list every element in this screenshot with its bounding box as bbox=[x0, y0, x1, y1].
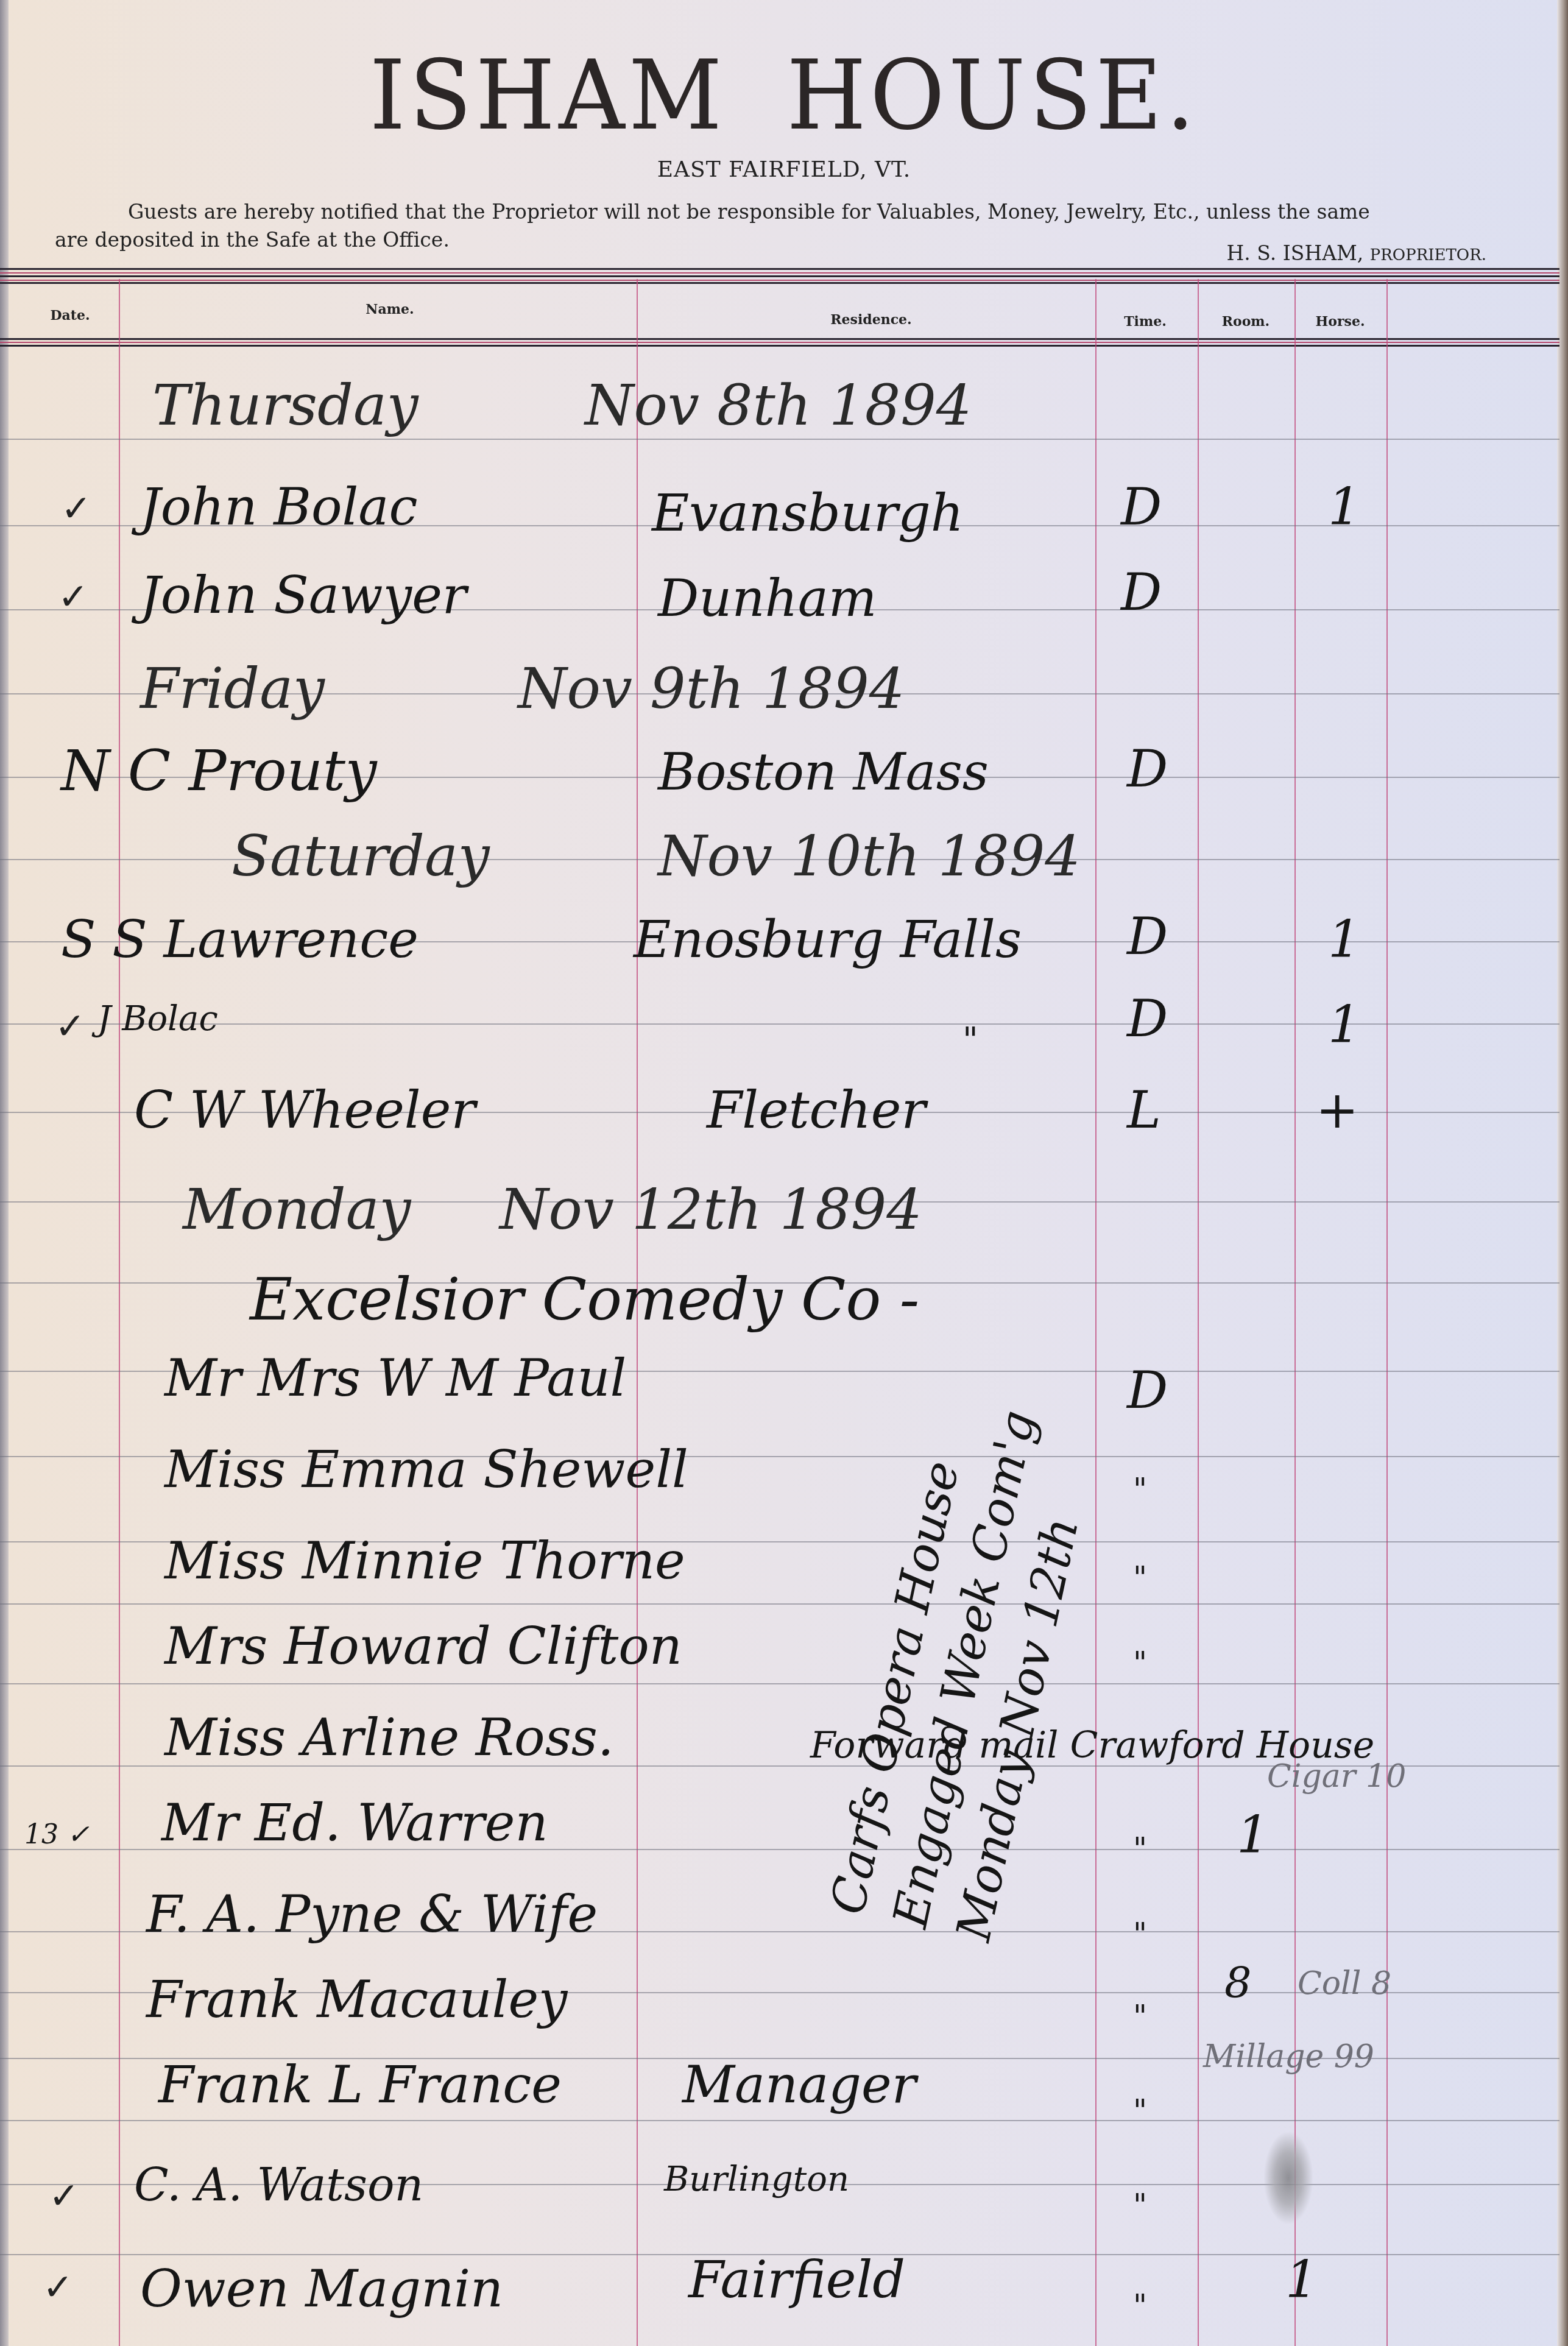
ruled-line bbox=[0, 1023, 1559, 1025]
day-date: Nov 9th 1894 bbox=[518, 661, 905, 717]
ink-stain bbox=[1264, 2132, 1313, 2224]
column-header-horse: Horse. bbox=[1304, 314, 1377, 330]
guest-time: D bbox=[1121, 567, 1162, 618]
guest-name: F. A. Pyne & Wife bbox=[146, 1888, 598, 1940]
day-heading: Friday bbox=[140, 661, 325, 717]
guest-time-ditto: " bbox=[1133, 2096, 1147, 2126]
room-tally-check: 13 ✓ bbox=[24, 1821, 90, 1848]
column-divider-time bbox=[1198, 279, 1199, 2346]
checkmark: ✓ bbox=[49, 2175, 79, 2217]
guest-time-ditto: " bbox=[1133, 2001, 1147, 2032]
guest-residence: Fairfield bbox=[688, 2254, 905, 2305]
vertical-engagement-note: Carfs Opera House Engaged Week Com'g Mon… bbox=[816, 1391, 1114, 1946]
guest-residence: Dunham bbox=[658, 573, 877, 624]
pencil-note-cigar: Cigar 10 bbox=[1267, 1761, 1406, 1792]
guest-time: D bbox=[1121, 481, 1162, 532]
ruled-line bbox=[0, 1683, 1559, 1684]
column-header-time: Time. bbox=[1109, 314, 1182, 330]
day-heading: Thursday bbox=[152, 378, 418, 434]
guest-name: Mr Mrs W M Paul bbox=[164, 1352, 626, 1404]
ruled-line bbox=[0, 439, 1559, 440]
guest-residence: Evansburgh bbox=[652, 487, 964, 539]
guest-time-ditto: " bbox=[1133, 1563, 1147, 1593]
guest-name: Mrs Howard Clifton bbox=[164, 1620, 682, 1672]
guest-name: Miss Minnie Thorne bbox=[164, 1535, 685, 1586]
guest-name: Frank Macauley bbox=[146, 1974, 568, 2025]
guest-note-manager: Manager bbox=[682, 2059, 916, 2110]
header-rule-top bbox=[0, 268, 1559, 284]
guest-residence: Fletcher bbox=[707, 1084, 926, 1136]
guest-residence: Boston Mass bbox=[658, 746, 989, 797]
column-header-residence: Residence. bbox=[792, 312, 950, 328]
guest-time-ditto: " bbox=[1133, 1474, 1147, 1505]
guest-time: D bbox=[1127, 743, 1168, 794]
title-isham: ISHAM bbox=[370, 40, 726, 152]
guest-name: Mr Ed. Warren bbox=[161, 1797, 548, 1848]
hotel-title: ISHAMHOUSE. bbox=[0, 40, 1568, 152]
guest-name: John Bolac bbox=[140, 481, 417, 532]
page-binding-edge bbox=[0, 0, 9, 2346]
guest-name: John Sawyer bbox=[140, 570, 467, 621]
day-date: Nov 8th 1894 bbox=[585, 378, 972, 434]
hotel-location: EAST FAIRFIELD, VT. bbox=[0, 157, 1568, 182]
column-divider-residence bbox=[1095, 279, 1097, 2346]
guest-name: Miss Emma Shewell bbox=[164, 1444, 688, 1495]
guest-time: D bbox=[1127, 1365, 1168, 1416]
guest-room: 1 bbox=[1237, 1809, 1269, 1860]
guest-residence: Burlington bbox=[664, 2163, 849, 2197]
title-house: HOUSE. bbox=[786, 40, 1198, 152]
day-heading: Monday bbox=[183, 1182, 411, 1238]
day-date: Nov 10th 1894 bbox=[658, 829, 1081, 885]
page-right-edge bbox=[1557, 0, 1568, 2346]
proprietor-name: H. S. ISHAM, bbox=[1227, 241, 1364, 265]
guest-time-ditto: " bbox=[1133, 1648, 1147, 1678]
guest-residence: Enosburg Falls bbox=[634, 914, 1022, 965]
guest-name: J Bolac bbox=[97, 1002, 218, 1036]
guest-time: D bbox=[1127, 911, 1168, 962]
guest-horse: 1 bbox=[1328, 999, 1360, 1050]
proprietor-title: PROPRIETOR. bbox=[1370, 246, 1486, 264]
day-heading: Saturday bbox=[231, 829, 490, 885]
day-date: Nov 12th 1894 bbox=[500, 1182, 922, 1238]
guest-time: L bbox=[1127, 1084, 1161, 1136]
pencil-note-coll: Coll 8 bbox=[1298, 1968, 1391, 1999]
guest-name: Frank L France bbox=[158, 2059, 562, 2110]
liability-notice: Guests are hereby notified that the Prop… bbox=[55, 198, 1505, 254]
guest-horse: 1 bbox=[1328, 914, 1360, 965]
column-divider-date bbox=[119, 279, 120, 2346]
guest-name: Miss Arline Ross. bbox=[164, 1712, 614, 1763]
notice-line-1: Guests are hereby notified that the Prop… bbox=[55, 198, 1505, 226]
column-divider-room bbox=[1294, 279, 1296, 2346]
checkmark: ✓ bbox=[43, 2266, 73, 2309]
guest-time-ditto: " bbox=[1133, 1919, 1147, 1949]
guest-name: C. A. Watson bbox=[134, 2163, 423, 2208]
proprietor-signature: H. S. ISHAM, PROPRIETOR. bbox=[1227, 239, 1486, 269]
checkmark: ✓ bbox=[55, 1005, 85, 1048]
guest-time-ditto: " bbox=[1133, 2291, 1147, 2321]
ruled-line bbox=[0, 1603, 1559, 1605]
guest-time: D bbox=[1127, 993, 1168, 1044]
column-header-room: Room. bbox=[1209, 314, 1282, 330]
guest-name: Owen Magnin bbox=[140, 2263, 503, 2314]
column-divider-horse bbox=[1386, 279, 1388, 2346]
checkmark: ✓ bbox=[61, 487, 91, 530]
column-header-name: Name. bbox=[329, 302, 451, 317]
guest-horse: + bbox=[1316, 1084, 1358, 1136]
guest-horse: 1 bbox=[1285, 2254, 1318, 2305]
header-rule-bottom bbox=[0, 338, 1559, 347]
guest-name: S S Lawrence bbox=[61, 914, 418, 965]
checkmark: ✓ bbox=[58, 576, 88, 618]
guest-name: N C Prouty bbox=[61, 743, 377, 799]
pencil-note-millage: Millage 99 bbox=[1203, 2041, 1374, 2072]
company-name: Excelsior Comedy Co - bbox=[250, 1270, 919, 1329]
guest-name: C W Wheeler bbox=[134, 1084, 476, 1136]
ruled-line bbox=[0, 2120, 1559, 2121]
guest-time-ditto: " bbox=[1133, 2190, 1147, 2221]
column-header-date: Date. bbox=[37, 308, 104, 323]
guest-residence: " bbox=[962, 1023, 978, 1058]
guest-horse: 1 bbox=[1328, 481, 1360, 532]
guest-room: 8 bbox=[1224, 1962, 1252, 2004]
guest-time-ditto: " bbox=[1133, 1834, 1147, 1864]
